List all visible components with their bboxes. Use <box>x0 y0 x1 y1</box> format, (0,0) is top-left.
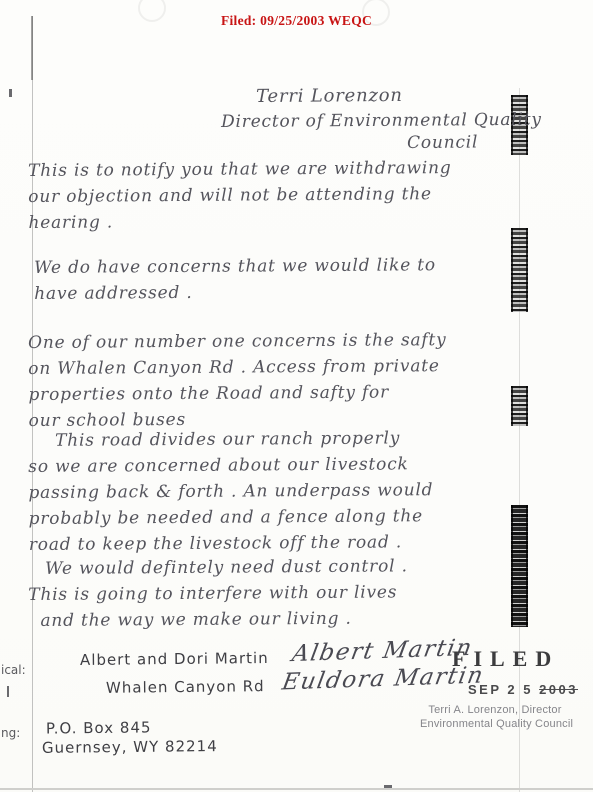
body-line: We do have concerns that we would like t… <box>34 252 436 281</box>
addressee-name: Terri Lorenzon <box>256 85 403 107</box>
sender-road: Whalen Canyon Rd <box>106 677 265 697</box>
body-line: hearing . <box>28 207 452 236</box>
left-margin-rule-line-dark-segment <box>31 16 33 80</box>
body-paragraph-5: We would defintely need dust control . T… <box>28 553 408 634</box>
margin-cutoff-text-2: ng: <box>1 726 20 740</box>
scanner-artifact-band-4 <box>511 505 528 627</box>
margin-cutoff-text-1: ical: <box>1 663 26 677</box>
clerk-identification: Terri A. Lorenzon, Director Environmenta… <box>420 704 570 731</box>
body-line: on Whalen Canyon Rd . Access from privat… <box>28 353 447 382</box>
clerk-name: Terri A. Lorenzon, Director <box>420 704 570 718</box>
body-line: so we are concerned about our livestock <box>28 451 433 480</box>
filed-date-header: Filed: 09/25/2003 WEQC <box>0 13 593 29</box>
sender-po-box: P.O. Box 845 <box>46 718 152 737</box>
scanned-letter-page: Filed: 09/25/2003 WEQC Terri Lorenzon Di… <box>0 0 593 792</box>
body-line: have addressed . <box>34 278 436 307</box>
body-paragraph-2: We do have concerns that we would like t… <box>34 252 436 307</box>
clerk-org: Environmental Quality Council <box>420 718 570 732</box>
filed-stamp: FILED <box>452 646 559 672</box>
body-line: This road divides our ranch properly <box>28 425 433 454</box>
body-line: One of our number one concerns is the sa… <box>28 327 447 356</box>
filed-stamp-date: SEP 2 5 2003 <box>468 682 578 697</box>
stray-mark <box>7 686 9 697</box>
sender-names: Albert and Dori Martin <box>80 649 269 669</box>
filed-stamp-year: 2003 <box>539 682 578 697</box>
body-line: This is going to interfere with our live… <box>28 579 408 608</box>
stray-mark <box>384 785 392 788</box>
scanner-artifact-band-2 <box>511 228 528 312</box>
filed-stamp-day: SEP 2 5 <box>468 682 539 697</box>
bottom-scan-edge-line <box>0 788 593 790</box>
body-line: probably be needed and a fence along the <box>29 503 434 532</box>
body-line: properties onto the Road and safty for <box>28 379 447 408</box>
scanner-artifact-band-3 <box>511 386 528 426</box>
sender-city-state-zip: Guernsey, WY 82214 <box>42 737 218 757</box>
body-paragraph-3: One of our number one concerns is the sa… <box>28 327 447 434</box>
body-line: This is to notify you that we are withdr… <box>28 155 452 184</box>
body-line: and the way we make our living . <box>28 605 408 634</box>
body-paragraph-4: This road divides our ranch properly so … <box>28 425 434 558</box>
body-line: We would defintely need dust control . <box>28 553 408 582</box>
body-paragraph-1: This is to notify you that we are withdr… <box>28 155 452 236</box>
body-line: passing back & forth . An underpass woul… <box>28 477 433 506</box>
signature-albert-martin: Albert Martin <box>290 635 475 667</box>
body-line: our objection and will not be attending … <box>28 181 452 210</box>
stray-mark <box>9 89 12 97</box>
addressee-title-2: Council <box>407 133 478 153</box>
addressee-title: Director of Environmental Quality <box>221 110 542 132</box>
